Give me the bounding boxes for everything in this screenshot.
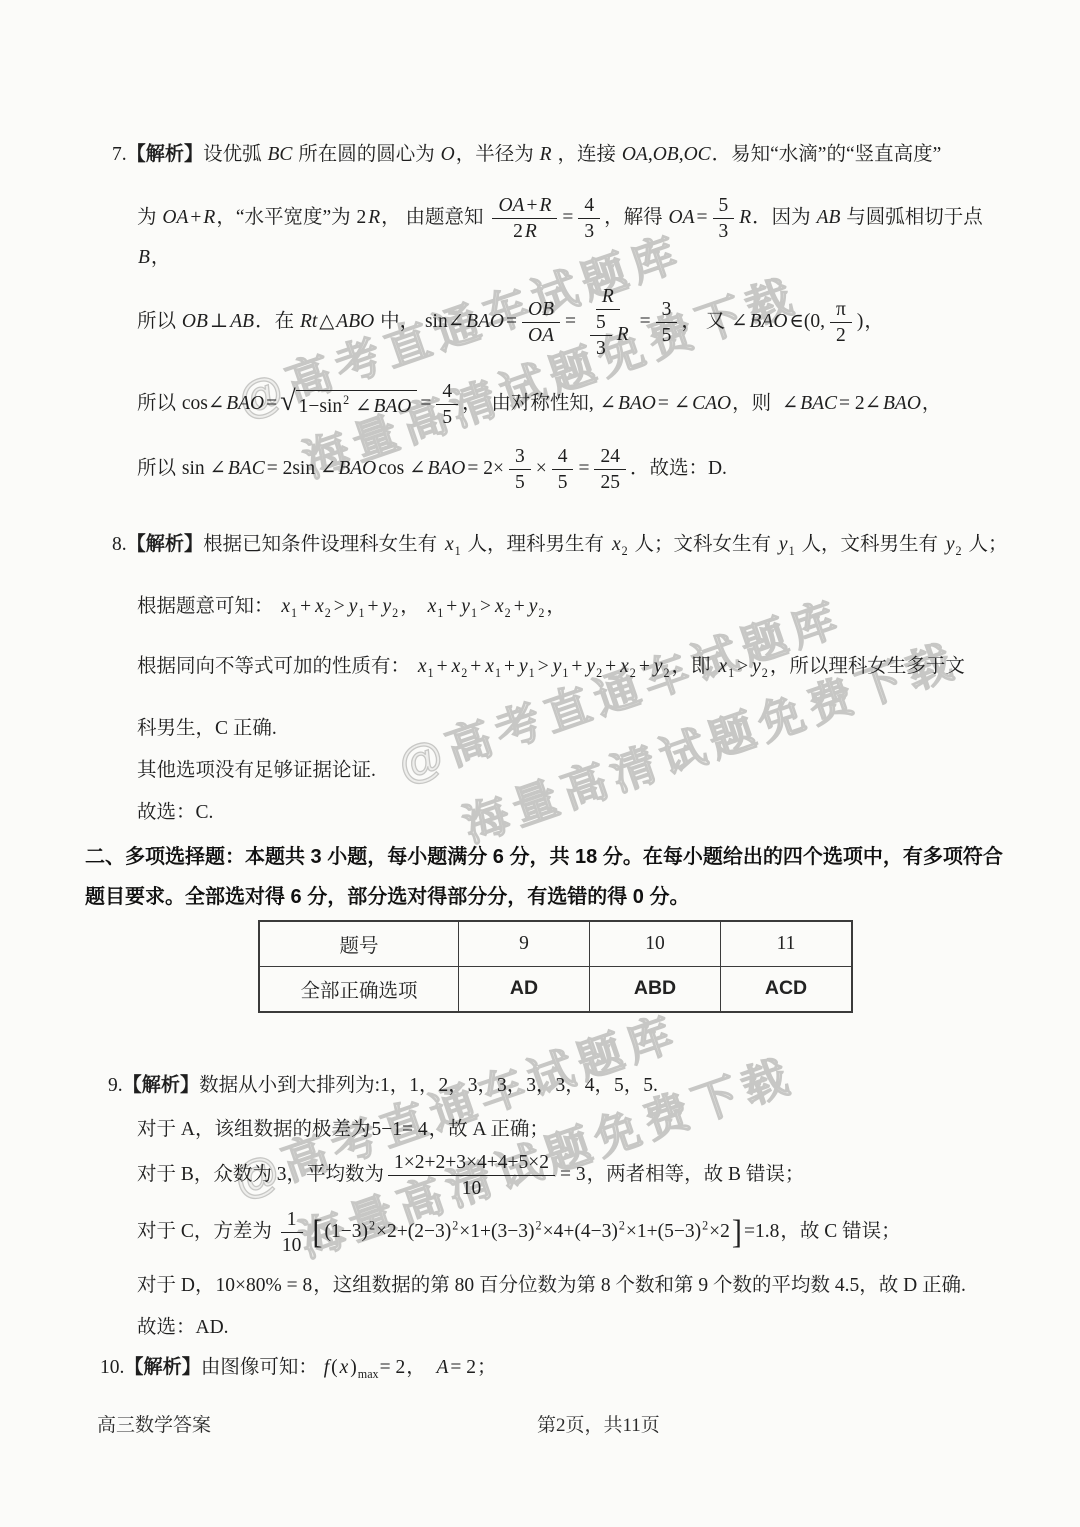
radicand: 1−sin2 ∠BAO: [296, 390, 418, 419]
q9-line-4: 对于 C，方差为110[(1−3)2×2+(2−3)2×1+(3−3)2×4+(…: [137, 1208, 1015, 1257]
math-run: ×2: [709, 1221, 730, 1242]
fraction: 53: [590, 311, 612, 360]
math-var: OA: [528, 325, 554, 346]
math-var: R: [540, 144, 552, 165]
numerator: 5: [590, 311, 612, 336]
var-with-sub: y1: [348, 596, 365, 617]
text-run: 故选：AD.: [137, 1317, 229, 1338]
text-run: ， 由题意知: [381, 207, 488, 228]
math-run: ×4+(4−3): [543, 1221, 618, 1242]
subscript: 2: [622, 544, 628, 558]
numerator: OB: [522, 298, 560, 323]
denominator: 2R: [507, 219, 543, 243]
numerator: 1×2+2+3×4+4+5×2: [388, 1151, 555, 1176]
math-var: AB: [817, 207, 841, 228]
math-run: +: [526, 195, 537, 216]
math-run: = 3: [560, 1164, 586, 1185]
math-run: 5−1= 4: [371, 1119, 427, 1140]
math-run: 3: [596, 338, 606, 359]
text-run: ，: [151, 247, 171, 268]
math-var: OA,OB,OC: [622, 144, 711, 165]
math-run: 4: [558, 446, 568, 467]
subscript: 1: [358, 606, 364, 620]
text-run: 8.: [112, 534, 127, 555]
math-run: ∠: [731, 311, 747, 332]
math-var: O: [441, 144, 455, 165]
fraction: 43: [578, 194, 600, 243]
q9-line-3: 对于 B，众数为 3，平均数为1×2+2+3×4+4+5×210= 3，两者相等…: [137, 1151, 1015, 1200]
math-run: ×1+(3−3): [459, 1221, 534, 1242]
var-with-sub: x1: [717, 656, 734, 677]
text-run: 根据已知条件设理科女生有: [203, 534, 442, 555]
text-run: ，两者相等，故 B 错误；: [587, 1164, 805, 1185]
solution-10: 10.【解析】由图像可知： f(x)max= 2， A= 2；: [85, 1353, 1015, 1389]
q9-line-5: 对于 D，10×80% = 8，这组数据的第 80 百分位数为第 8 个数和第 …: [137, 1271, 1015, 1301]
math-run: ): [857, 311, 864, 332]
math-var: BAC: [228, 458, 265, 479]
denominator: 5: [436, 405, 458, 429]
math-var: R: [368, 207, 380, 228]
math-var: B: [138, 247, 150, 268]
q8-line-3: 根据同向不等式可加的性质有： x1+x2+x1+y1>y1+y2+x2+y2，即…: [137, 652, 1015, 688]
math-var: y: [529, 596, 538, 617]
math-var: R: [739, 207, 751, 228]
numerator: 4: [578, 194, 600, 219]
math-run: 2: [357, 207, 367, 228]
math-run: =: [562, 207, 573, 228]
square-root: √1−sin2 ∠BAO: [280, 390, 417, 419]
numerator: OA+R: [492, 194, 557, 219]
math-run: 3: [662, 299, 672, 320]
math-run: ⊥: [210, 311, 228, 332]
multiple-choice-heading: 二、多项选择题：本题共 3 小题，每小题满分 6 分，共 18 分。在每小题给出…: [85, 842, 1015, 912]
text-run: 故选：C.: [137, 802, 213, 823]
fraction: π2: [830, 298, 852, 347]
var-with-sub: x1: [484, 656, 501, 677]
denominator: 5: [656, 323, 678, 347]
text-run: ，: [922, 393, 942, 414]
numerator: 3: [509, 445, 531, 470]
math-var: x: [620, 656, 629, 677]
q7-line-2: 为 OA+R，“水平宽度”为 2R， 由题意知 OA+R2R=43，解得 OA=…: [137, 194, 1015, 273]
math-var: y: [519, 656, 528, 677]
math-run: =: [506, 311, 517, 332]
text-run: ， 由对称性知,: [462, 393, 599, 414]
var-with-sub: x1: [417, 656, 434, 677]
math-run: = ∠: [658, 393, 690, 414]
subscript: 1: [789, 544, 795, 558]
text-run: 人；: [964, 534, 1008, 555]
math-run: 2: [836, 325, 846, 346]
text-run: ．易知“水滴”的“竖直高度”: [712, 144, 942, 165]
fraction: OA+R2R: [492, 194, 557, 243]
radical-sign: √: [280, 388, 296, 416]
math-run: 10: [282, 1235, 302, 1256]
math-run: = 2: [380, 1357, 406, 1378]
subscript: 2: [392, 606, 398, 620]
math-run: △: [319, 311, 334, 332]
numerator: 3: [656, 298, 678, 323]
table-cell-answer-9: AD: [459, 966, 590, 1012]
math-run: 25: [600, 472, 620, 493]
text-run: 所在圆的圆心为: [293, 144, 439, 165]
subscript: max: [358, 1367, 379, 1381]
var-with-sub: x1: [427, 596, 444, 617]
text-run: 其他选项没有足够证据论证.: [137, 760, 376, 781]
q10-line-1: 10.【解析】由图像可知： f(x)max= 2， A= 2；: [100, 1353, 1015, 1389]
q7-line-4: 所以 cos∠BAO=√1−sin2 ∠BAO=45， 由对称性知, ∠BAO=…: [137, 380, 1015, 429]
var-with-sub: x2: [619, 656, 636, 677]
math-var: BAO: [750, 311, 788, 332]
math-var: R: [525, 221, 537, 242]
text-run: ．因为: [752, 207, 815, 228]
q7-line-5: 所以 sin ∠BAC= 2sin ∠BAOcos ∠BAO= 2×35×45=…: [137, 445, 1015, 494]
math-run: 3: [719, 221, 729, 242]
table-cell-q10: 10: [590, 921, 721, 967]
superscript: 2: [343, 393, 349, 407]
var-with-sub: x1: [280, 596, 297, 617]
math-run: =: [578, 458, 589, 479]
math-run: 5: [442, 407, 452, 428]
math-var: BAO: [466, 311, 504, 332]
text-run: 数据从小到大排列为:1，1，2，3，3，3，3，4，5，5.: [199, 1075, 658, 1096]
answer-table: 题号 9 10 11 全部正确选项 AD ABD ACD: [258, 920, 853, 1013]
answer-sheet-content: 7.【解析】设优弧 BC 所在圆的圆心为 O，半径为 R ，连接 OA,OB,O…: [85, 0, 1015, 1389]
text-run: 对于 A，该组数据的极差为: [137, 1119, 370, 1140]
superscript: 2: [702, 1218, 708, 1232]
math-var: y: [752, 656, 761, 677]
text-run: 人；文科女生有: [630, 534, 776, 555]
math-run: 24: [600, 446, 620, 467]
math-run: >: [334, 596, 345, 617]
math-run: ∠: [600, 393, 616, 414]
math-var: f: [324, 1357, 329, 1378]
math-run: π: [836, 299, 846, 320]
math-var: Rt: [300, 311, 317, 332]
math-run: 1: [287, 1209, 297, 1230]
table-cell-label: 全部正确选项: [259, 966, 459, 1012]
math-run: 4: [442, 381, 452, 402]
math-run: +: [514, 596, 525, 617]
math-var: x: [485, 656, 494, 677]
q8-line-4: 科男生，C 正确.: [137, 714, 1015, 744]
text-run: 对于 C，方差为: [137, 1221, 272, 1242]
text-run: ；: [477, 1357, 497, 1378]
numerator: 5: [713, 194, 735, 219]
math-var: x: [452, 656, 461, 677]
numerator: 4: [552, 445, 574, 470]
q8-line-1: 8.【解析】根据已知条件设理科女生有 x1 人，理科男生有 x2 人；文科女生有…: [112, 530, 1015, 566]
math-var: AB: [230, 311, 254, 332]
var-with-sub: x2: [314, 596, 331, 617]
text-run: 对于 B，众数为 3，平均数为: [137, 1164, 384, 1185]
math-var: x: [418, 656, 427, 677]
math-run: sin∠: [425, 311, 464, 332]
subscript: 1: [437, 606, 443, 620]
denominator: OA: [522, 323, 560, 347]
fraction: 35: [656, 298, 678, 347]
math-var: y: [461, 596, 470, 617]
math-run: ∠: [350, 396, 371, 417]
mc-heading-line1: 二、多项选择题：本题共 3 小题，每小题满分 6 分，共 18 分。在每小题给出…: [85, 842, 1015, 872]
table-row: 全部正确选项 AD ABD ACD: [259, 966, 852, 1012]
text-run: ．故选：D.: [630, 458, 727, 479]
subscript: 1: [495, 666, 501, 680]
solution-7: 7.【解析】设优弧 BC 所在圆的圆心为 O，半径为 R ，连接 OA,OB,O…: [85, 140, 1015, 494]
math-run: 5: [558, 472, 568, 493]
text-run: 所以: [137, 311, 181, 332]
math-run: >: [480, 596, 491, 617]
numerator: 24: [594, 445, 626, 470]
superscript: 2: [536, 1218, 542, 1232]
math-var: BAO: [883, 393, 921, 414]
bold-label: 【解析】: [123, 1075, 199, 1096]
fraction: 1×2+2+3×4+4+5×210: [388, 1151, 555, 1200]
math-run: +: [446, 596, 457, 617]
var-with-sub: y1: [460, 596, 477, 617]
subscript: 2: [630, 666, 636, 680]
math-run: +: [190, 207, 201, 228]
math-var: OA: [162, 207, 188, 228]
math-var: OB: [528, 299, 554, 320]
table-cell-q9: 9: [459, 921, 590, 967]
math-var: y: [946, 534, 955, 555]
math-var: A: [436, 1357, 448, 1378]
subscript: 1: [529, 666, 535, 680]
var-with-sub: x2: [494, 596, 511, 617]
math-var: R: [539, 195, 551, 216]
numerator: R: [596, 285, 620, 310]
text-run: 为: [137, 207, 161, 228]
var-with-sub: y1: [552, 656, 569, 677]
table-cell-answer-11: ACD: [721, 966, 853, 1012]
math-run: >: [737, 656, 748, 677]
text-run: ，即: [672, 656, 716, 677]
text-run: 中，: [375, 311, 424, 332]
math-var: BAO: [226, 393, 264, 414]
math-run: ×1+(5−3): [626, 1221, 701, 1242]
text-run: ，: [864, 311, 884, 332]
math-run: =: [640, 311, 651, 332]
math-run: ×2+(2−3): [376, 1221, 451, 1242]
text-run: 9.: [108, 1075, 123, 1096]
math-var: R: [203, 207, 215, 228]
q9-line-6: 故选：AD.: [137, 1313, 1015, 1343]
subscript: 1: [428, 666, 434, 680]
var-with-sub: y2: [751, 656, 768, 677]
text-run: 7.: [112, 144, 127, 165]
denominator: 3: [578, 219, 600, 243]
math-var: y: [383, 596, 392, 617]
subscript: 1: [728, 666, 734, 680]
footer-page-number: 第2页，共11页: [537, 1410, 660, 1437]
math-var: x: [428, 596, 437, 617]
fraction: 2425: [594, 445, 626, 494]
math-run: +: [639, 656, 650, 677]
q8-line-5: 其他选项没有足够证据论证.: [137, 756, 1015, 786]
math-run: 5: [719, 195, 729, 216]
math-run: +: [470, 656, 481, 677]
table-cell-q11: 11: [721, 921, 853, 967]
math-var: OA: [498, 195, 524, 216]
math-run: +: [368, 596, 379, 617]
subscript: 2: [762, 666, 768, 680]
bold-label: 【解析】: [127, 144, 203, 165]
math-var: y: [349, 596, 358, 617]
math-run: 4: [584, 195, 594, 216]
fraction: R53R: [581, 285, 635, 360]
math-var: BAO: [618, 393, 656, 414]
math-var: y: [553, 656, 562, 677]
subscript: 2: [956, 544, 962, 558]
math-run: sin ∠: [182, 458, 226, 479]
superscript: 2: [369, 1218, 375, 1232]
text-run: 人，理科男生有: [463, 534, 609, 555]
subscript: 1: [562, 666, 568, 680]
q7-line-1: 7.【解析】设优弧 BC 所在圆的圆心为 O，半径为 R ，连接 OA,OB,O…: [112, 140, 1015, 170]
document-page: @高考直通车试题库 海量高清试题免费下载 @高考直通车试题库 海量高清试题免费下…: [0, 0, 1080, 1527]
var-with-sub: y2: [945, 534, 962, 555]
math-run: ×: [536, 458, 547, 479]
subscript: 1: [291, 606, 297, 620]
text-run: 由图像可知：: [201, 1357, 323, 1378]
subscript: 1: [455, 544, 461, 558]
denominator: 10: [276, 1233, 308, 1257]
math-run: 5: [596, 312, 606, 333]
math-var: y: [779, 534, 788, 555]
math-run: ): [350, 1357, 357, 1378]
text-run: ，: [406, 1357, 435, 1378]
text-run: 所以: [137, 458, 181, 479]
text-run: 科男生，C 正确.: [137, 718, 277, 739]
text-run: ，故 A 正确；: [429, 1119, 549, 1140]
var-with-sub: y2: [382, 596, 399, 617]
var-with-sub: x2: [451, 656, 468, 677]
math-var: BAC: [800, 393, 837, 414]
math-var: BC: [267, 144, 292, 165]
math-var: x: [495, 596, 504, 617]
bracket: ]: [732, 1217, 742, 1247]
math-run: +: [605, 656, 616, 677]
math-run: ∈(0,: [789, 311, 825, 332]
math-run: +: [437, 656, 448, 677]
math-run: =: [697, 207, 708, 228]
text-run: ，这组数据的第 80 百分位数为第 8 个数和第 9 个数的平均数 4.5，故 …: [313, 1275, 966, 1296]
math-run: = 2sin ∠: [267, 458, 337, 479]
text-run: ，: [546, 596, 566, 617]
math-run: 1−sin: [299, 396, 343, 417]
math-run: ∠: [782, 393, 798, 414]
math-run: 5: [515, 472, 525, 493]
fraction: 45: [552, 445, 574, 494]
math-var: y: [654, 656, 663, 677]
math-run: (: [331, 1357, 338, 1378]
math-run: 3: [584, 221, 594, 242]
fraction: 110: [276, 1208, 308, 1257]
text-run: ，所以理科女生多于文: [770, 656, 965, 677]
var-with-sub: y2: [585, 656, 602, 677]
math-run: =: [266, 393, 277, 414]
bold-label: 【解析】: [127, 534, 203, 555]
math-run: (1−3): [324, 1221, 368, 1242]
fraction: 35: [509, 445, 531, 494]
math-var: x: [612, 534, 621, 555]
mc-heading-line2: 题目要求。全部选对得 6 分，部分选对得部分分，有选错的得 0 分。: [85, 882, 1015, 912]
math-run: +: [300, 596, 311, 617]
math-run: 5: [662, 325, 672, 346]
text-run: 根据同向不等式可加的性质有：: [137, 656, 415, 677]
math-var: BAO: [373, 396, 411, 417]
subscript: 2: [325, 606, 331, 620]
subscript: 2: [538, 606, 544, 620]
denominator: 2: [830, 323, 852, 347]
var-with-sub: y2: [528, 596, 545, 617]
math-var: OA: [669, 207, 695, 228]
var-with-sub: y1: [778, 534, 795, 555]
text-run: ，半径为: [456, 144, 539, 165]
math-run: +: [571, 656, 582, 677]
math-run: >: [538, 656, 549, 677]
math-var: x: [718, 656, 727, 677]
solution-9: 9.【解析】数据从小到大排列为:1，1，2，3，3，3，3，4，5，5. 对于 …: [85, 1071, 1015, 1343]
math-run: =: [420, 393, 431, 414]
math-run: cos∠: [182, 393, 224, 414]
math-run: =1.8: [744, 1221, 779, 1242]
math-var: x: [445, 534, 454, 555]
q9-line-2: 对于 A，该组数据的极差为5−1= 4，故 A 正确；: [137, 1115, 1015, 1145]
text-run: ．在: [255, 311, 299, 332]
text-run: ，解得: [604, 207, 667, 228]
math-run: 10: [462, 1178, 482, 1199]
math-var: BAO: [338, 458, 376, 479]
bracket: [: [312, 1217, 322, 1247]
math-run: = 2×: [467, 458, 504, 479]
math-var: ABO: [336, 311, 374, 332]
math-run: cos ∠: [378, 458, 425, 479]
subscript: 2: [461, 666, 467, 680]
text-run: ，: [400, 596, 424, 617]
math-run: =: [565, 311, 576, 332]
q8-line-2: 根据题意可知： x1+x2>y1+y2， x1+y1>x2+y2，: [137, 592, 1015, 628]
denominator: 5: [509, 470, 531, 494]
table-cell-label: 题号: [259, 921, 459, 967]
text-run: 人，文科男生有: [797, 534, 943, 555]
subscript: 1: [471, 606, 477, 620]
bold-label: 【解析】: [124, 1357, 200, 1378]
math-run: = 2: [450, 1357, 476, 1378]
q7-line-3: 所以 OB⊥AB．在 Rt△ABO 中， sin∠BAO=OBOA=R53R=3…: [137, 285, 1015, 360]
text-run: 对于 D，: [137, 1275, 214, 1296]
math-run: = 2∠: [839, 393, 881, 414]
denominator: 53R: [581, 310, 635, 360]
numerator: 1: [281, 1208, 303, 1233]
math-var: y: [586, 656, 595, 677]
text-run: 设优弧: [203, 144, 266, 165]
math-run: 1×2+2+3×4+4+5×2: [394, 1152, 549, 1173]
fraction: OBOA: [522, 298, 560, 347]
subscript: 2: [505, 606, 511, 620]
solution-8: 8.【解析】根据已知条件设理科女生有 x1 人，理科男生有 x2 人；文科女生有…: [85, 530, 1015, 828]
text-run: 根据题意可知：: [137, 596, 278, 617]
table-row: 题号 9 10 11: [259, 921, 852, 967]
denominator: 3: [713, 219, 735, 243]
math-var: x: [281, 596, 290, 617]
var-with-sub: x2: [611, 534, 628, 555]
q8-line-6: 故选：C.: [137, 798, 1015, 828]
text-run: 与圆弧相切于点: [841, 207, 987, 228]
var-with-sub: y2: [653, 656, 670, 677]
table-cell-answer-10: ABD: [590, 966, 721, 1012]
